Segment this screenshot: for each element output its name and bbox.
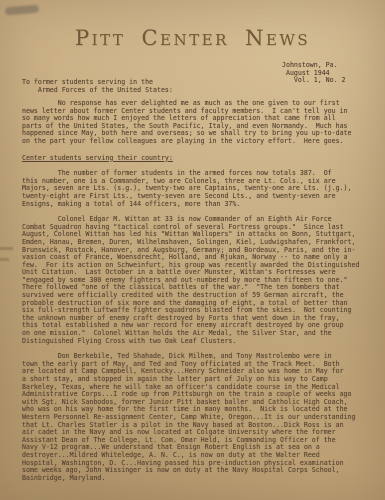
intro-paragraph: No response has ever delighted me as muc…	[22, 100, 370, 146]
salutation: To former students serving in the Armed …	[22, 79, 173, 94]
section-heading: Center students serving their country:	[22, 155, 370, 163]
wittan-paragraph: Colonel Edgar M. Wittan at 33 is now Com…	[22, 216, 370, 345]
stats-paragraph: The number of former students in the arm…	[22, 170, 370, 208]
newsletter-body: No response has ever delighted me as muc…	[22, 100, 370, 482]
newsletter-title: Pitt Center News	[0, 26, 385, 50]
scan-edge-mark	[0, 247, 13, 250]
pencil-smudge	[5, 5, 40, 16]
newsletter-page: Pitt Center News Johnstown, Pa. August 1…	[0, 0, 385, 500]
roundup-paragraph: Don Berkebile, Ted Shahade, Dick Milhem,…	[22, 353, 370, 482]
dateline: Johnstown, Pa. August 1944 Vol. 1, No. 2	[282, 62, 346, 85]
scan-edge-mark	[0, 258, 9, 261]
